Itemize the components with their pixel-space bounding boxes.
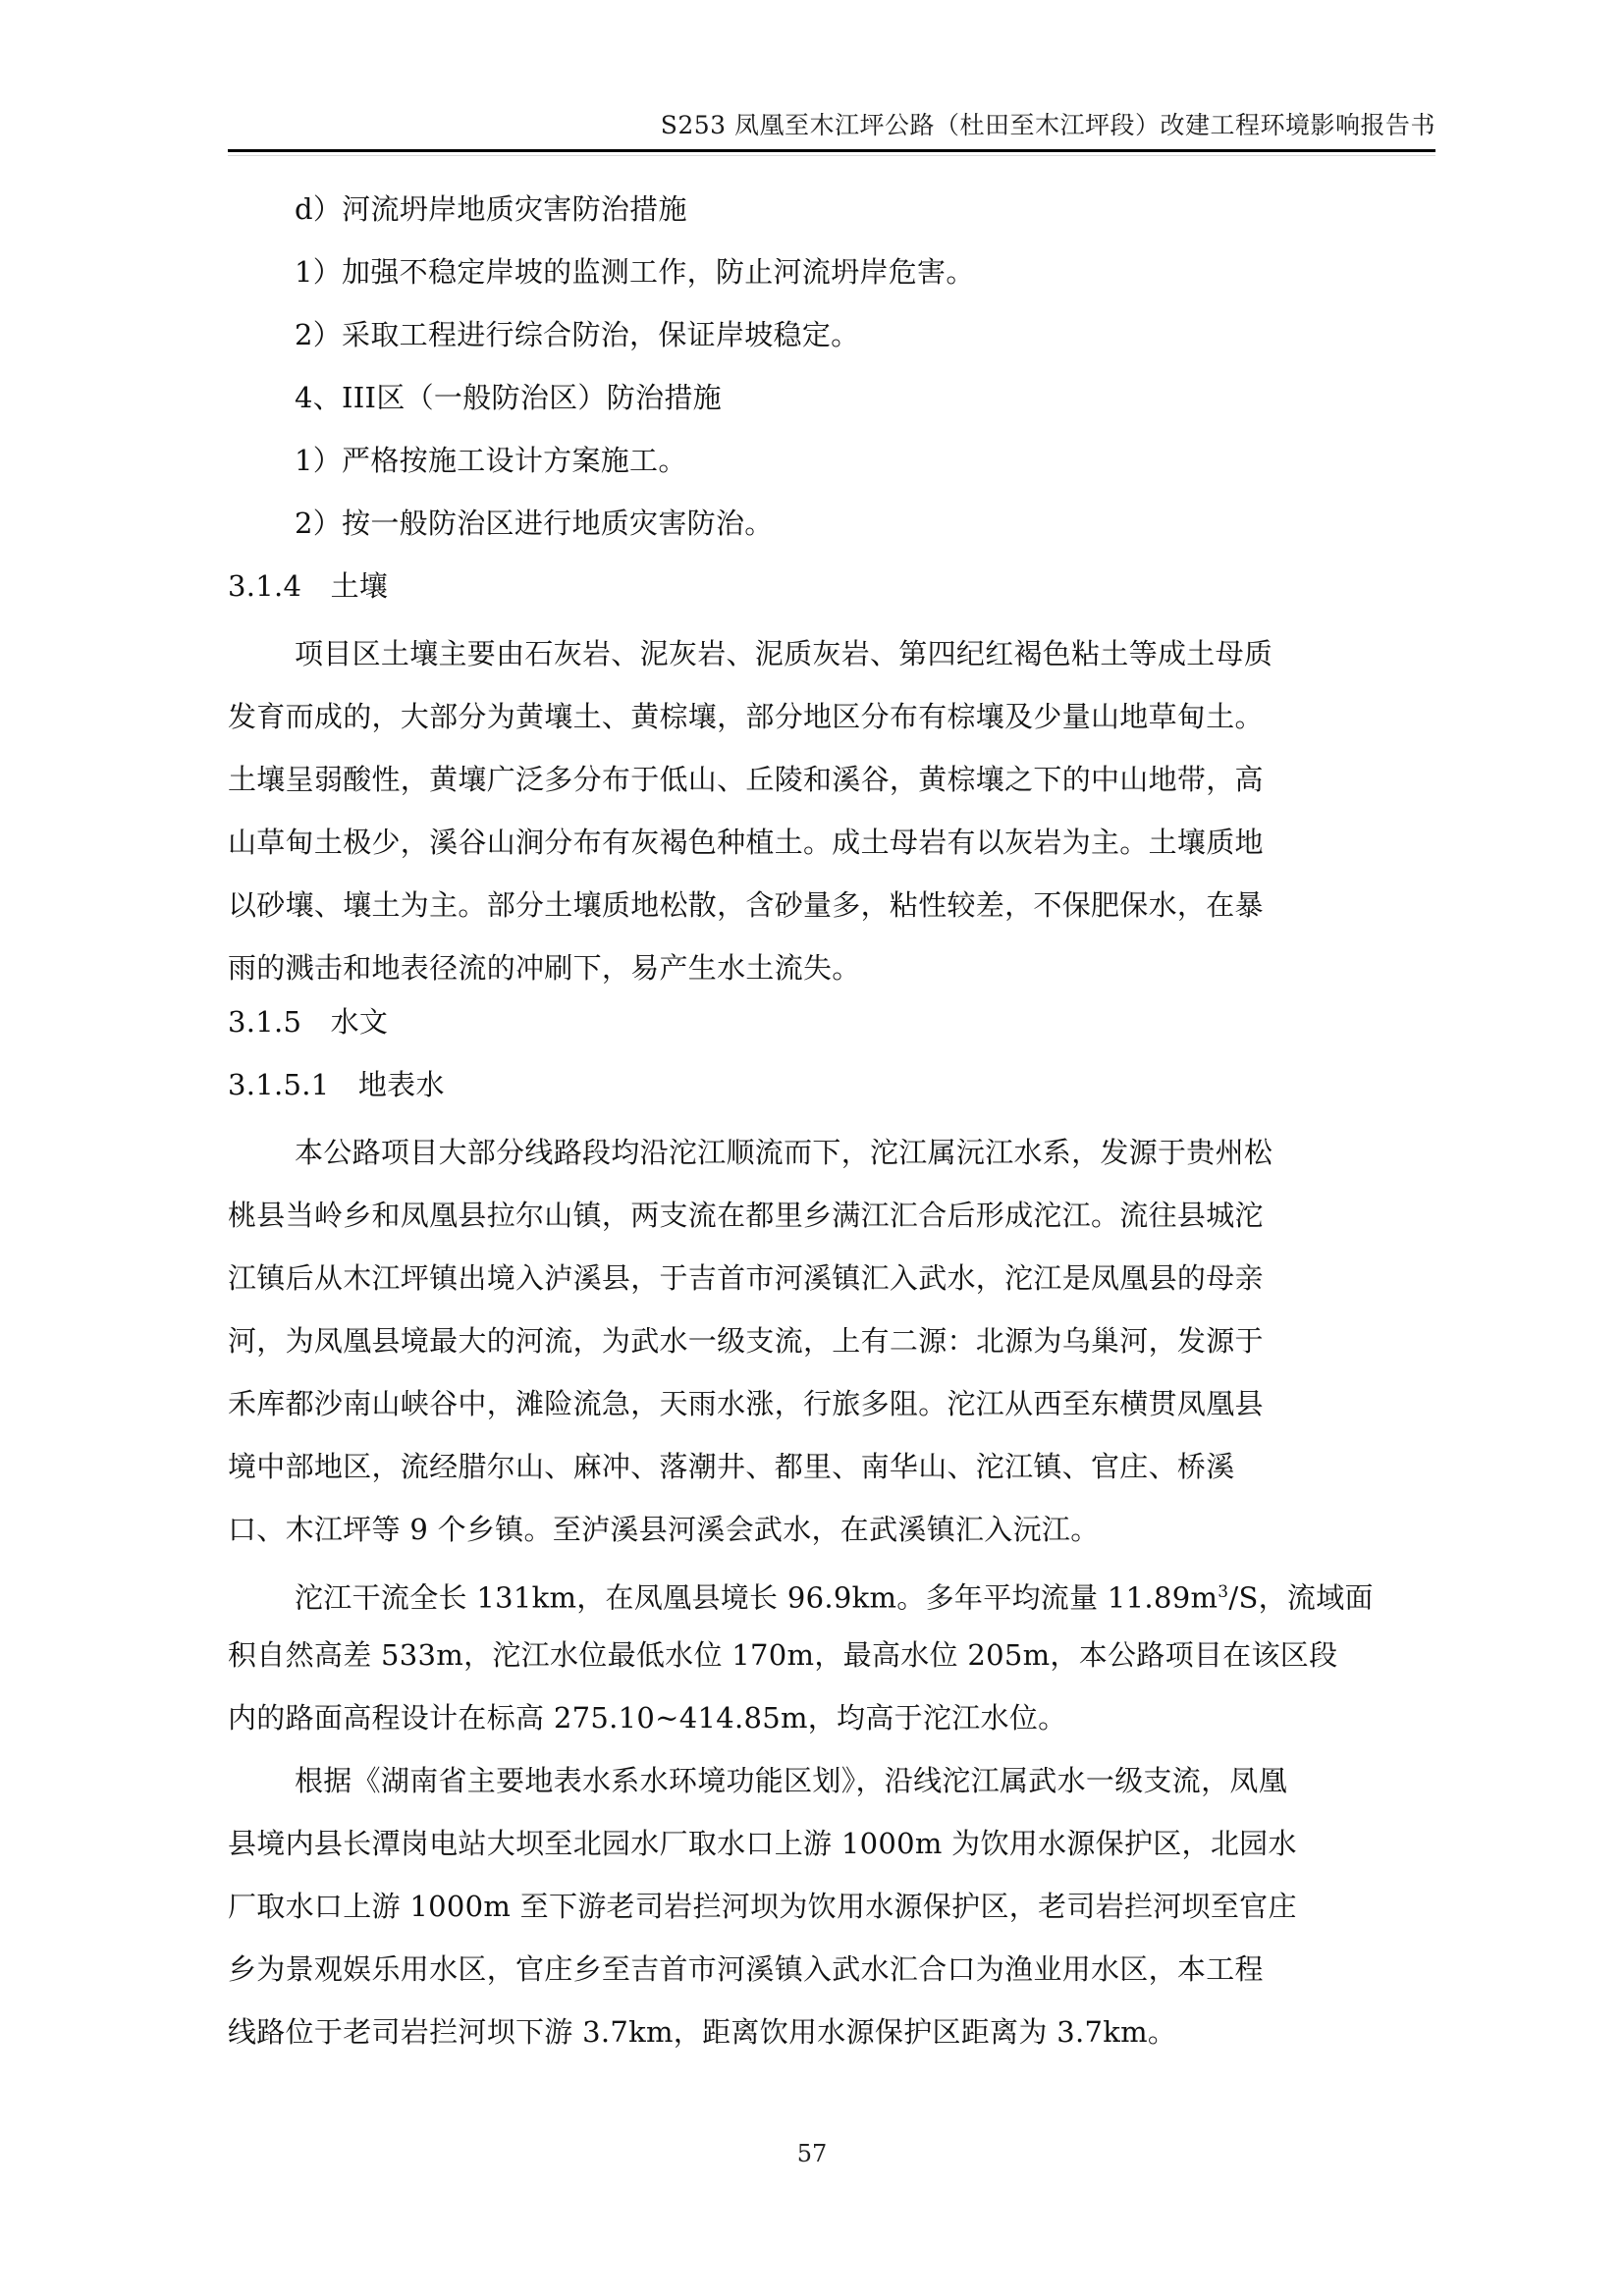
page-number: 57 — [0, 2140, 1624, 2167]
header-rule-thin — [228, 155, 1435, 156]
running-header: S253 凤凰至木江坪公路（杜田至木江坪段）改建工程环境影响报告书 — [228, 110, 1435, 141]
measure-item: 2）按一般防治区进行地质灾害防治。 — [228, 501, 1431, 547]
section-heading-3-1-5: 3.1.5 水文 — [228, 999, 1431, 1045]
paragraph-line: 雨的溅击和地表径流的冲刷下，易产生水土流失。 — [228, 936, 1431, 999]
flow-text: 沱江干流全长 131km，在凤凰县境长 96.9km。多年平均流量 11.89m — [295, 1581, 1218, 1615]
paragraph-line: 线路位于老司岩拦河坝下游 3.7km，距离饮用水源保护区距离为 3.7km。 — [228, 2001, 1431, 2063]
header-rule-thick — [228, 149, 1435, 152]
surface-water-paragraph-1: 本公路项目大部分线路段均沿沱江顺流而下，沱江属沅江水系，发源于贵州松 桃县当岭乡… — [228, 1121, 1431, 1561]
measure-item: 1）加强不稳定岸坡的监测工作，防止河流坍岸危害。 — [228, 249, 1431, 295]
measure-item: 2）采取工程进行综合防治，保证岸坡稳定。 — [228, 312, 1431, 358]
paragraph-line: 山草甸土极少，溪谷山涧分布有灰褐色种植土。成土母岩有以灰岩为主。土壤质地 — [228, 811, 1431, 874]
paragraph-line: 桃县当岭乡和凤凰县拉尔山镇，两支流在都里乡满江汇合后形成沱江。流往县城沱 — [228, 1184, 1431, 1247]
paragraph-line: 境中部地区，流经腊尔山、麻冲、落潮井、都里、南华山、沱江镇、官庄、桥溪 — [228, 1435, 1431, 1498]
page-body: d）河流坍岸地质灾害防治措施 1）加强不稳定岸坡的监测工作，防止河流坍岸危害。 … — [228, 187, 1431, 2063]
measure-heading-d: d）河流坍岸地质灾害防治措施 — [228, 187, 1431, 233]
cubic-superscript: 3 — [1218, 1582, 1228, 1602]
paragraph-line: 县境内县长潭岗电站大坝至北园水厂取水口上游 1000m 为饮用水源保护区，北园水 — [228, 1812, 1431, 1875]
surface-water-paragraph-2: 沱江干流全长 131km，在凤凰县境长 96.9km。多年平均流量 11.89m… — [228, 1561, 1431, 1749]
paragraph-line: 乡为景观娱乐用水区，官庄乡至吉首市河溪镇入武水汇合口为渔业用水区，本工程 — [228, 1938, 1431, 2001]
paragraph-line: 土壤呈弱酸性，黄壤广泛多分布于低山、丘陵和溪谷，黄棕壤之下的中山地带，高 — [228, 748, 1431, 811]
paragraph-line: 厂取水口上游 1000m 至下游老司岩拦河坝为饮用水源保护区，老司岩拦河坝至官庄 — [228, 1875, 1431, 1938]
paragraph-line: 根据《湖南省主要地表水系水环境功能区划》，沿线沱江属武水一级支流，凤凰 — [228, 1749, 1431, 1812]
surface-water-paragraph-3: 根据《湖南省主要地表水系水环境功能区划》，沿线沱江属武水一级支流，凤凰 县境内县… — [228, 1749, 1431, 2063]
paragraph-line: 口、木江坪等 9 个乡镇。至泸溪县河溪会武水，在武溪镇汇入沅江。 — [228, 1498, 1431, 1561]
paragraph-line: 河，为凤凰县境最大的河流，为武水一级支流，上有二源：北源为乌巢河，发源于 — [228, 1309, 1431, 1372]
paragraph-line: 发育而成的，大部分为黄壤土、黄棕壤，部分地区分布有棕壤及少量山地草甸土。 — [228, 685, 1431, 748]
paragraph-line: 项目区土壤主要由石灰岩、泥灰岩、泥质灰岩、第四纪红褐色粘土等成土母质 — [228, 622, 1431, 685]
paragraph-line: 以砂壤、壤土为主。部分土壤质地松散，含砂量多，粘性较差，不保肥保水，在暴 — [228, 874, 1431, 936]
paragraph-line: 江镇后从木江坪镇出境入泸溪县，于吉首市河溪镇汇入武水，沱江是凤凰县的母亲 — [228, 1247, 1431, 1309]
paragraph-line: 沱江干流全长 131km，在凤凰县境长 96.9km。多年平均流量 11.89m… — [228, 1561, 1431, 1624]
paragraph-line: 内的路面高程设计在标高 275.10~414.85m，均高于沱江水位。 — [228, 1686, 1431, 1749]
measure-item: 1）严格按施工设计方案施工。 — [228, 438, 1431, 484]
paragraph-line: 本公路项目大部分线路段均沿沱江顺流而下，沱江属沅江水系，发源于贵州松 — [228, 1121, 1431, 1184]
soil-paragraph: 项目区土壤主要由石灰岩、泥灰岩、泥质灰岩、第四纪红褐色粘土等成土母质 发育而成的… — [228, 622, 1431, 999]
section-heading-3-1-4: 3.1.4 土壤 — [228, 563, 1431, 610]
flow-text-suffix: /S，流域面 — [1228, 1581, 1373, 1615]
paragraph-line: 积自然高差 533m，沱江水位最低水位 170m，最高水位 205m，本公路项目… — [228, 1624, 1431, 1686]
subsection-heading-3-1-5-1: 3.1.5.1 地表水 — [228, 1062, 1431, 1108]
zone-iii-heading: 4、III区（一般防治区）防治措施 — [228, 375, 1431, 421]
paragraph-line: 禾库都沙南山峡谷中，滩险流急，天雨水涨，行旅多阻。沱江从西至东横贯凤凰县 — [228, 1372, 1431, 1435]
